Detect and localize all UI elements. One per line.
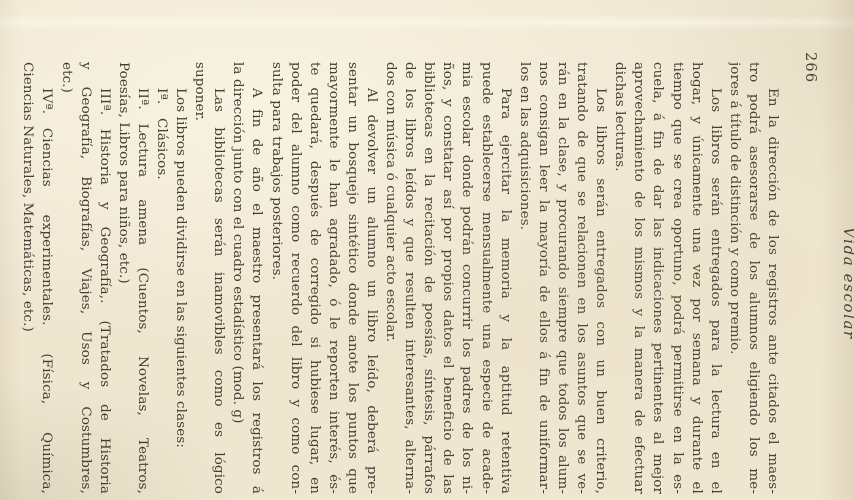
text-line: tiempo que se crea oportuno, podrá permi… [667, 62, 686, 494]
text-line: hogar, y únicamente una vez por semana y… [687, 62, 706, 494]
text-line: tratando de que se relacionen en los asu… [572, 62, 591, 494]
text-line: Iª. Clásicos. [152, 62, 171, 494]
text-line: Los libros serán entregados para la lect… [706, 62, 725, 494]
text-line: nos consigan leer la mayoría de ellos á … [534, 62, 553, 494]
text-line: mayormente le han agradado, ó le reporte… [324, 62, 343, 494]
text-line: tro podrá asesorarse de los alumnos elig… [744, 62, 763, 494]
text-line: aprovechamiento de los mismos y la maner… [629, 62, 648, 494]
book-page: 266 Vida escolar En la dirección de los … [0, 0, 854, 500]
text-line: sulta para trabajos posteriores. [266, 62, 285, 494]
page-number: 266 [802, 52, 818, 83]
text-line: sentar un bosquejo sintético donde anote… [343, 62, 362, 494]
text-line: Poesías, Libros para niños, etc.) [114, 62, 133, 494]
text-line: rán en la clase, y procurando siempre qu… [553, 62, 572, 494]
text-line: etc.) [56, 62, 75, 494]
text-line: A fin de año el maestro presentará los r… [247, 62, 266, 494]
text-line: de los libros leídos y que resulten inte… [400, 62, 419, 494]
text-line: mia escolar donde podrán concurrir los p… [457, 62, 476, 494]
text-line: te quedará, después de corregido si hubi… [305, 62, 324, 494]
text-line: dos con música ó cualquier acto escolar. [381, 62, 400, 494]
text-line: Las bibliotecas serán inamovibles como e… [209, 62, 228, 494]
running-title: Vida escolar [840, 227, 854, 340]
text-line: Los libros serán entregados con un buen … [591, 62, 610, 494]
page-body: En la dirección de los registros ante ci… [18, 62, 782, 494]
text-line: Ciencias Naturales, Matemáticas, etc.) [18, 62, 37, 494]
text-line: En la dirección de los registros ante ci… [763, 62, 782, 494]
text-line: IVª. Ciencias experimentales. (Física, Q… [37, 62, 56, 494]
text-line: IIIª. Historia y Geografía,. (Tratados d… [95, 62, 114, 494]
text-line: ños, y constatar así por propios datos e… [438, 62, 457, 494]
text-line: poder del alumno como recuerdo del libro… [286, 62, 305, 494]
scanned-book-page: 266 Vida escolar En la dirección de los … [0, 0, 854, 500]
text-line: bibliotecas en la recitación de poesías,… [419, 62, 438, 494]
text-line: Al devolver un alumno un libro leído, de… [362, 62, 381, 494]
text-line: los en las adquisiciones. [515, 62, 534, 494]
text-line: dichas lecturas. [610, 62, 629, 494]
text-line: cuela, á fin de dar las indicaciones per… [648, 62, 667, 494]
text-line: jores á título de distinción y como prem… [725, 62, 744, 494]
text-line: IIª. Lectura amena (Cuentos, Novelas, Te… [133, 62, 152, 494]
text-line: y Geografía, Biografías, Viajes, Usos y … [76, 62, 95, 494]
text-line: puede establecerse mensualmente una espe… [477, 62, 496, 494]
text-line: Los libros pueden dividirse en las sigui… [171, 62, 190, 494]
text-line: la dirección junto con el cuadro estadís… [228, 62, 247, 494]
text-line: suponer. [190, 62, 209, 494]
text-line: Para ejercitar la memoria y la aptitud r… [496, 62, 515, 494]
